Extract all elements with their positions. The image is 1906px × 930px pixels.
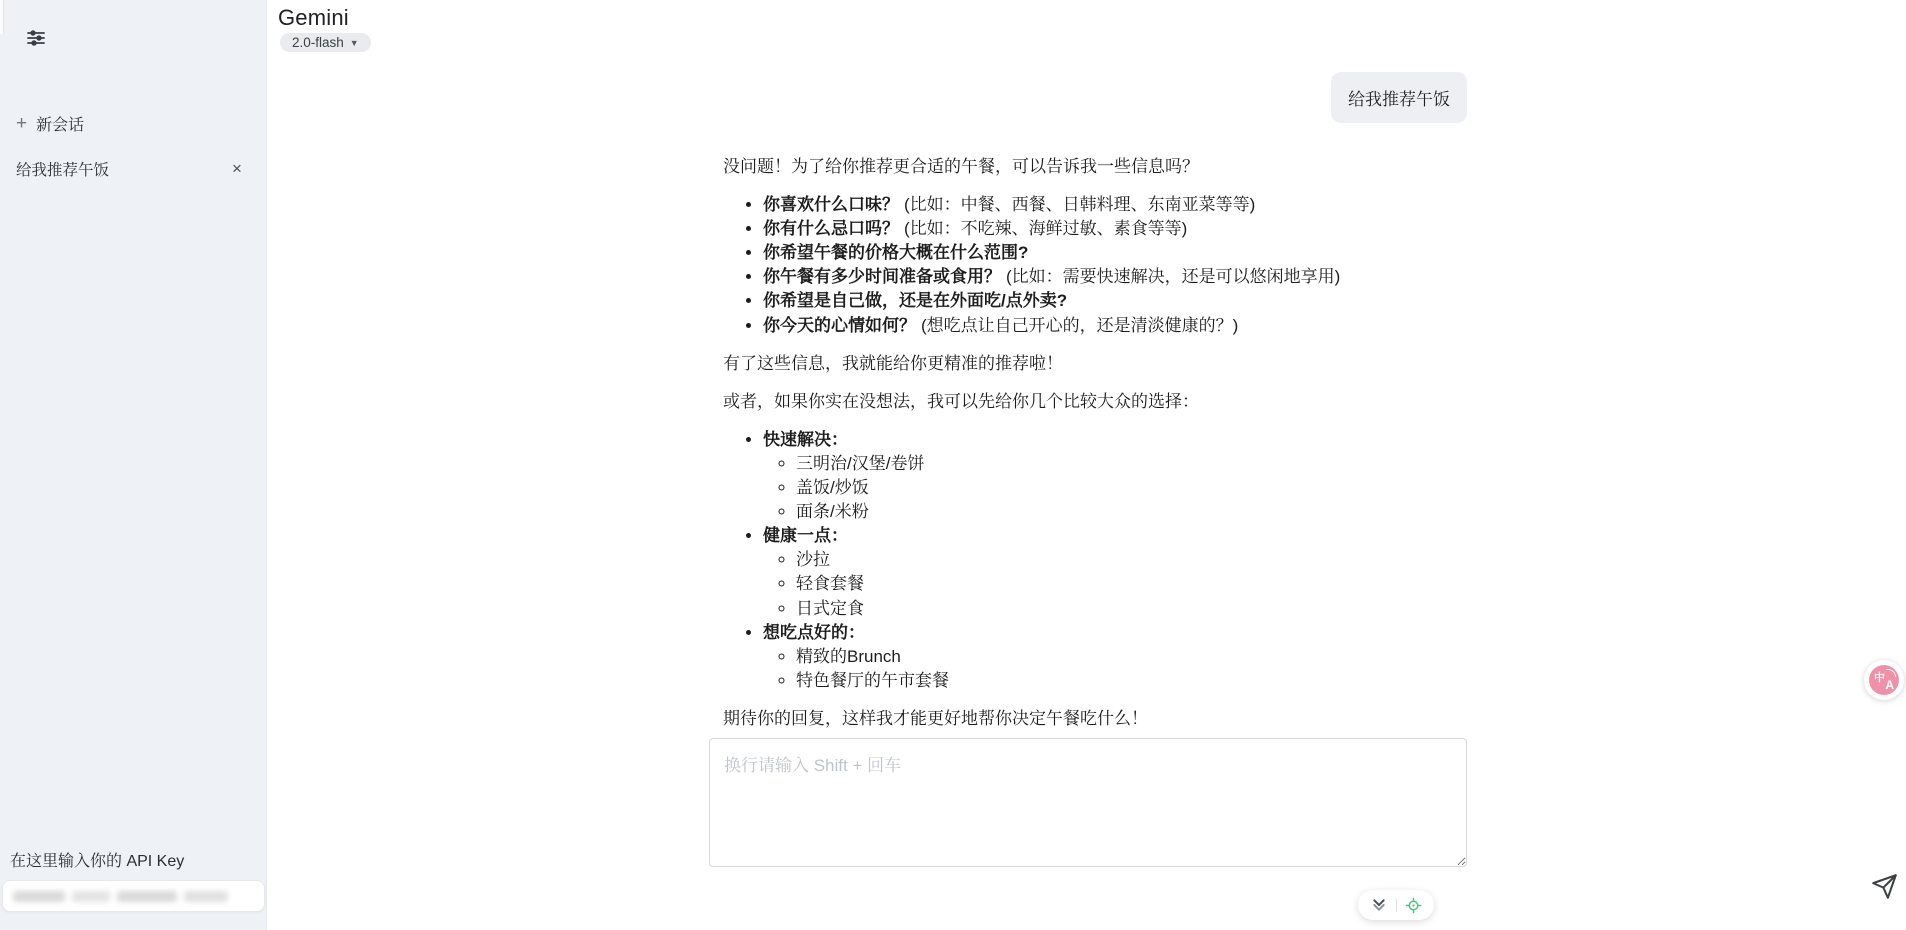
assistant-paragraph: 没问题！为了给你推荐更合适的午餐，可以告诉我一些信息吗？ — [723, 156, 1453, 178]
message-input[interactable] — [709, 738, 1467, 867]
list-item: 你希望是自己做，还是在外面吃/点外卖? — [763, 290, 1453, 312]
sub-list: 三明治/汉堡/卷饼 盖饭/炒饭 面条/米粉 — [763, 453, 1453, 523]
send-button[interactable] — [1867, 869, 1901, 903]
list-item: 盖饭/炒饭 — [796, 477, 1453, 499]
chevron-down-icon: ▼ — [350, 38, 359, 48]
list-item: 精致的Brunch — [796, 646, 1453, 668]
assistant-paragraph: 或者，如果你实在没想法，我可以先给你几个比较大众的选择： — [723, 391, 1453, 413]
model-selector[interactable]: 2.0-flash ▼ — [280, 33, 371, 52]
sub-list: 精致的Brunch 特色餐厅的午市套餐 — [763, 646, 1453, 692]
translate-icon: 中A — [1869, 665, 1899, 695]
assistant-message: 没问题！为了给你推荐更合适的午餐，可以告诉我一些信息吗？ 你喜欢什么口味？(比如… — [709, 156, 1467, 746]
options-list: 快速解决： 三明治/汉堡/卷饼 盖饭/炒饭 面条/米粉 健康一点： 沙拉 轻食套… — [723, 429, 1453, 692]
chat-column: 给我推荐午饭 没问题！为了给你推荐更合适的午餐，可以告诉我一些信息吗？ 你喜欢什… — [709, 0, 1467, 930]
list-item: 你喜欢什么口味？(比如：中餐、西餐、日韩料理、东南亚菜等等) — [763, 194, 1453, 216]
sidebar-scrollbar-strip — [0, 0, 4, 34]
floating-toolbar — [1358, 890, 1434, 920]
assistant-paragraph: 期待你的回复，这样我才能更好地帮你决定午餐吃什么！ — [723, 708, 1453, 730]
target-locate-icon[interactable] — [1403, 894, 1425, 916]
toolbar-divider — [1396, 899, 1397, 912]
translate-fab[interactable]: 中A — [1864, 660, 1904, 700]
list-item: 想吃点好的： 精致的Brunch 特色餐厅的午市套餐 — [763, 622, 1453, 692]
main-area: Gemini 2.0-flash ▼ 给我推荐午饭 没问题！为了给你推荐更合适的… — [267, 0, 1906, 930]
api-key-input[interactable] — [2, 880, 265, 912]
user-message-bubble: 给我推荐午饭 — [1331, 72, 1467, 123]
plus-icon: + — [16, 114, 27, 133]
question-list: 你喜欢什么口味？(比如：中餐、西餐、日韩料理、东南亚菜等等) 你有什么忌口吗？(… — [723, 194, 1453, 337]
list-item: 特色餐厅的午市套餐 — [796, 670, 1453, 692]
assistant-paragraph: 有了这些信息，我就能给你更精准的推荐啦！ — [723, 353, 1453, 375]
list-item: 你今天的心情如何？(想吃点让自己开心的，还是清淡健康的？) — [763, 315, 1453, 337]
list-item: 面条/米粉 — [796, 501, 1453, 523]
list-item: 快速解决： 三明治/汉堡/卷饼 盖饭/炒饭 面条/米粉 — [763, 429, 1453, 523]
list-item: 你有什么忌口吗？(比如：不吃辣、海鲜过敏、素食等等) — [763, 218, 1453, 240]
sub-list: 沙拉 轻食套餐 日式定食 — [763, 549, 1453, 619]
list-item: 你午餐有多少时间准备或食用？(比如：需要快速解决，还是可以悠闲地享用) — [763, 266, 1453, 288]
list-item: 日式定食 — [796, 598, 1453, 620]
sidebar: + 新会话 给我推荐午饭 × 在这里输入你的 API Key — [0, 0, 267, 930]
list-item: 健康一点： 沙拉 轻食套餐 日式定食 — [763, 525, 1453, 619]
conversation-item[interactable]: 给我推荐午饭 × — [0, 152, 267, 186]
scroll-to-bottom-icon[interactable] — [1368, 894, 1390, 916]
api-key-label: 在这里输入你的 API Key — [0, 848, 267, 880]
new-chat-label: 新会话 — [36, 112, 84, 135]
api-key-redacted-value — [13, 891, 228, 902]
new-chat-button[interactable]: + 新会话 — [16, 112, 84, 135]
model-name: 2.0-flash — [292, 35, 344, 50]
list-item: 你希望午餐的价格大概在什么范围? — [763, 242, 1453, 264]
api-key-section: 在这里输入你的 API Key — [0, 848, 267, 912]
settings-sliders-icon[interactable] — [22, 24, 50, 52]
conversation-title: 给我推荐午饭 — [16, 158, 226, 180]
list-item: 沙拉 — [796, 549, 1453, 571]
close-icon[interactable]: × — [226, 158, 248, 180]
list-item: 轻食套餐 — [796, 573, 1453, 595]
page-title: Gemini — [278, 5, 349, 31]
list-item: 三明治/汉堡/卷饼 — [796, 453, 1453, 475]
